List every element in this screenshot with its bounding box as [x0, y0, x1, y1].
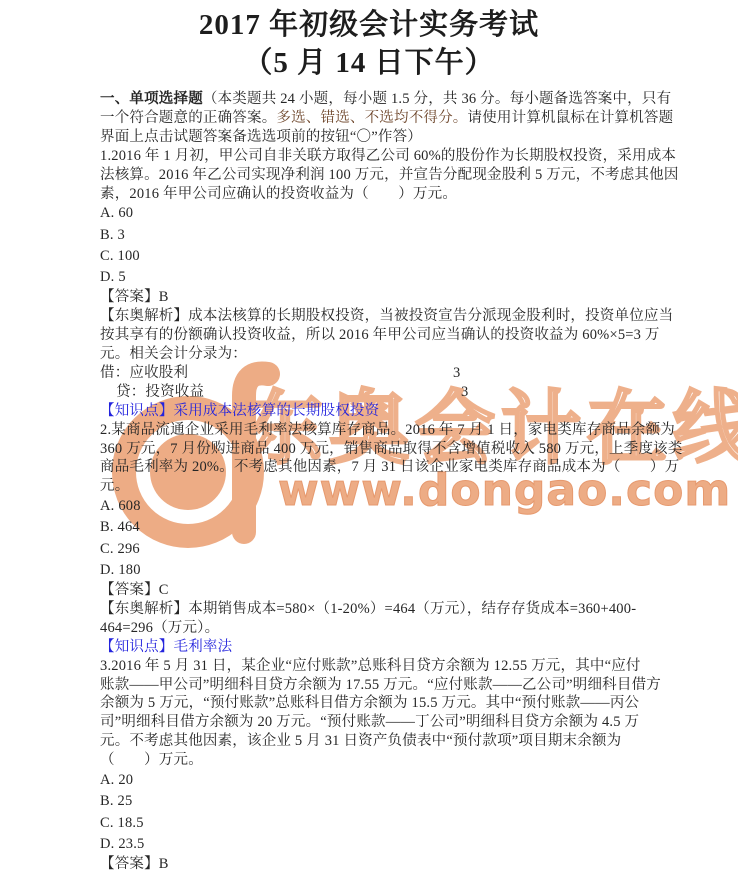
- question-1-option-b: B. 3: [100, 225, 645, 246]
- text-run: （ ）万元。: [100, 752, 203, 768]
- text-run: 【知识点】采用成本法核算的长期股权投资: [100, 403, 379, 419]
- text-run: C. 296: [100, 541, 140, 557]
- question-3-line-1: 3.2016 年 5 月 31 日，某企业“应付账款”总账科目贷方余额为 12.…: [100, 657, 645, 676]
- text-run: 按其享有的份额确认投资收益，所以 2016 年甲公司应当确认的投资收益为 60%…: [100, 327, 660, 343]
- text-run: （本类题共 24 小题，每小题 1.5 分，共 36 分。每小题备选答案中，只有: [203, 91, 671, 107]
- question-2-option-c: C. 296: [100, 539, 645, 560]
- text-run: 余额为 5 万元，“预付账款”总账科目借方余额为 15.5 万元。其中“预付账款…: [100, 695, 639, 711]
- page-title: 2017 年初级会计实务考试: [0, 6, 738, 44]
- text-run: 一、单项选择题: [100, 91, 203, 107]
- text-run: D. 23.5: [100, 836, 145, 852]
- question-3-line-2: 账款——甲公司”明细科目贷方余额为 17.55 万元。“应付账款——乙公司”明细…: [100, 676, 645, 695]
- text-run: B. 3: [100, 227, 125, 243]
- question-2-answer: 【答案】C: [100, 581, 645, 600]
- question-3-answer: 【答案】B: [100, 855, 645, 873]
- question-1-option-c: C. 100: [100, 246, 645, 267]
- text-run: 【答案】B: [100, 289, 169, 305]
- journal-entry-debit: 借：应收股利3: [100, 364, 645, 383]
- question-3-option-b: B. 25: [100, 791, 645, 812]
- question-2-knowledge-point: 【知识点】毛利率法: [100, 638, 645, 657]
- question-1-analysis-line-1: 【东奥解析】成本法核算的长期股权投资，当被投资宣告分派现金股利时，投资单位应当: [100, 307, 645, 326]
- text-run: 【东奥解析】成本法核算的长期股权投资，当被投资宣告分派现金股利时，投资单位应当: [100, 308, 673, 324]
- question-2-analysis-line-1: 【东奥解析】本期销售成本=580×（1-20%）=464（万元），结存存货成本=…: [100, 600, 645, 619]
- question-1-line-1: 1.2016 年 1 月初，甲公司自非关联方取得乙公司 60%的股份作为长期股权…: [100, 147, 645, 166]
- question-1-analysis-line-3: 元。相关会计分录为：: [100, 345, 645, 364]
- question-3-line-3: 余额为 5 万元，“预付账款”总账科目借方余额为 15.5 万元。其中“预付账款…: [100, 694, 645, 713]
- text-run: A. 20: [100, 772, 133, 788]
- text-run: 2.某商品流通企业采用毛利率法核算库存商品。2016 年 7 月 1 日，家电类…: [100, 422, 675, 438]
- question-2-option-a: A. 608: [100, 496, 645, 517]
- question-1-option-a: A. 60: [100, 203, 645, 224]
- text-run: 账款——甲公司”明细科目贷方余额为 17.55 万元。“应付账款——乙公司”明细…: [100, 677, 661, 693]
- text-run: C. 18.5: [100, 815, 144, 831]
- question-2-option-d: D. 180: [100, 560, 645, 581]
- text-run: 请使用计算机鼠标在计算机答题: [468, 110, 674, 126]
- section-instructions-line-3: 界面上点击试题答案备选选项前的按钮“〇”作答）: [100, 128, 645, 147]
- question-2-line-4: 元。: [100, 477, 645, 496]
- text-run: 借：应收股利: [100, 365, 188, 381]
- text-run: 【答案】B: [100, 856, 169, 872]
- text-run: D. 5: [100, 269, 126, 285]
- question-3-option-d: D. 23.5: [100, 834, 645, 855]
- text-run: B. 464: [100, 519, 140, 535]
- question-2-line-3: 商品毛利率为 20%。不考虑其他因素，7 月 31 日该企业家电类库存商品成本为…: [100, 458, 645, 477]
- question-3-option-a: A. 20: [100, 770, 645, 791]
- text-run: 【知识点】毛利率法: [100, 639, 232, 655]
- question-2-option-b: B. 464: [100, 517, 645, 538]
- journal-amount: 3: [453, 364, 460, 383]
- text-run: 【东奥解析】本期销售成本=580×（1-20%）=464（万元），结存存货成本=…: [100, 601, 636, 617]
- question-1-answer: 【答案】B: [100, 288, 645, 307]
- text-run: 1.2016 年 1 月初，甲公司自非关联方取得乙公司 60%的股份作为长期股权…: [100, 148, 676, 164]
- text-run: 3.2016 年 5 月 31 日，某企业“应付账款”总账科目贷方余额为 12.…: [100, 658, 641, 674]
- text-run: D. 180: [100, 562, 141, 578]
- text-run: A. 608: [100, 498, 141, 514]
- text-run: 法核算。2016 年乙公司实现净利润 100 万元，并宣告分配现金股利 5 万元…: [100, 167, 679, 183]
- question-2-line-1: 2.某商品流通企业采用毛利率法核算库存商品。2016 年 7 月 1 日，家电类…: [100, 421, 645, 440]
- text-run: 【答案】C: [100, 582, 169, 598]
- question-3-line-4: 司”明细科目借方余额为 20 万元。“预付账款——丁公司”明细科目贷方余额为 4…: [100, 713, 645, 732]
- text-run: A. 60: [100, 205, 133, 221]
- question-2-line-2: 360 万元，7 月份购进商品 400 万元，销售商品取得不含增值税收入 580…: [100, 440, 645, 459]
- journal-amount: 3: [461, 383, 468, 402]
- page-subtitle: （5 月 14 日下午）: [0, 44, 738, 82]
- question-1-line-3: 素，2016 年甲公司应确认的投资收益为（ ）万元。: [100, 185, 645, 204]
- text-run: 商品毛利率为 20%。不考虑其他因素，7 月 31 日该企业家电类库存商品成本为…: [100, 459, 679, 475]
- question-1-knowledge-point: 【知识点】采用成本法核算的长期股权投资: [100, 402, 645, 421]
- text-run: B. 25: [100, 793, 132, 809]
- document-body: 一、单项选择题（本类题共 24 小题，每小题 1.5 分，共 36 分。每小题备…: [100, 90, 645, 873]
- section-instructions-line-2: 一个符合题意的正确答案。多选、错选、不选均不得分。请使用计算机鼠标在计算机答题: [100, 109, 645, 128]
- text-run: 元。相关会计分录为：: [100, 346, 247, 362]
- text-run: 464=296（万元）。: [100, 620, 219, 636]
- question-1-analysis-line-2: 按其享有的份额确认投资收益，所以 2016 年甲公司应当确认的投资收益为 60%…: [100, 326, 645, 345]
- text-run: 一个符合题意的正确答案。: [100, 110, 276, 126]
- question-3-option-c: C. 18.5: [100, 813, 645, 834]
- text-run: 元。: [100, 478, 129, 494]
- text-run: 素，2016 年甲公司应确认的投资收益为（ ）万元。: [100, 186, 457, 202]
- text-run: 司”明细科目借方余额为 20 万元。“预付账款——丁公司”明细科目贷方余额为 4…: [100, 714, 639, 730]
- question-2-analysis-line-2: 464=296（万元）。: [100, 619, 645, 638]
- text-run: 360 万元，7 月份购进商品 400 万元，销售商品取得不含增值税收入 580…: [100, 441, 683, 457]
- question-1-line-2: 法核算。2016 年乙公司实现净利润 100 万元，并宣告分配现金股利 5 万元…: [100, 166, 645, 185]
- text-run: C. 100: [100, 248, 140, 264]
- journal-entry-credit: 贷：投资收益3: [100, 383, 645, 402]
- text-run: 元。不考虑其他因素，该企业 5 月 31 日资产负债表中“预付款项”项目期末余额…: [100, 733, 621, 749]
- text-run: 贷：投资收益: [116, 384, 204, 400]
- text-run: 多选、错选、不选均不得分。: [276, 110, 467, 126]
- question-3-line-5: 元。不考虑其他因素，该企业 5 月 31 日资产负债表中“预付款项”项目期末余额…: [100, 732, 645, 751]
- text-run: 界面上点击试题答案备选选项前的按钮“〇”作答）: [100, 129, 422, 145]
- page-header: 2017 年初级会计实务考试 （5 月 14 日下午）: [0, 6, 738, 82]
- question-3-line-6: （ ）万元。: [100, 751, 645, 770]
- section-instructions-line-1: 一、单项选择题（本类题共 24 小题，每小题 1.5 分，共 36 分。每小题备…: [100, 90, 645, 109]
- question-1-option-d: D. 5: [100, 267, 645, 288]
